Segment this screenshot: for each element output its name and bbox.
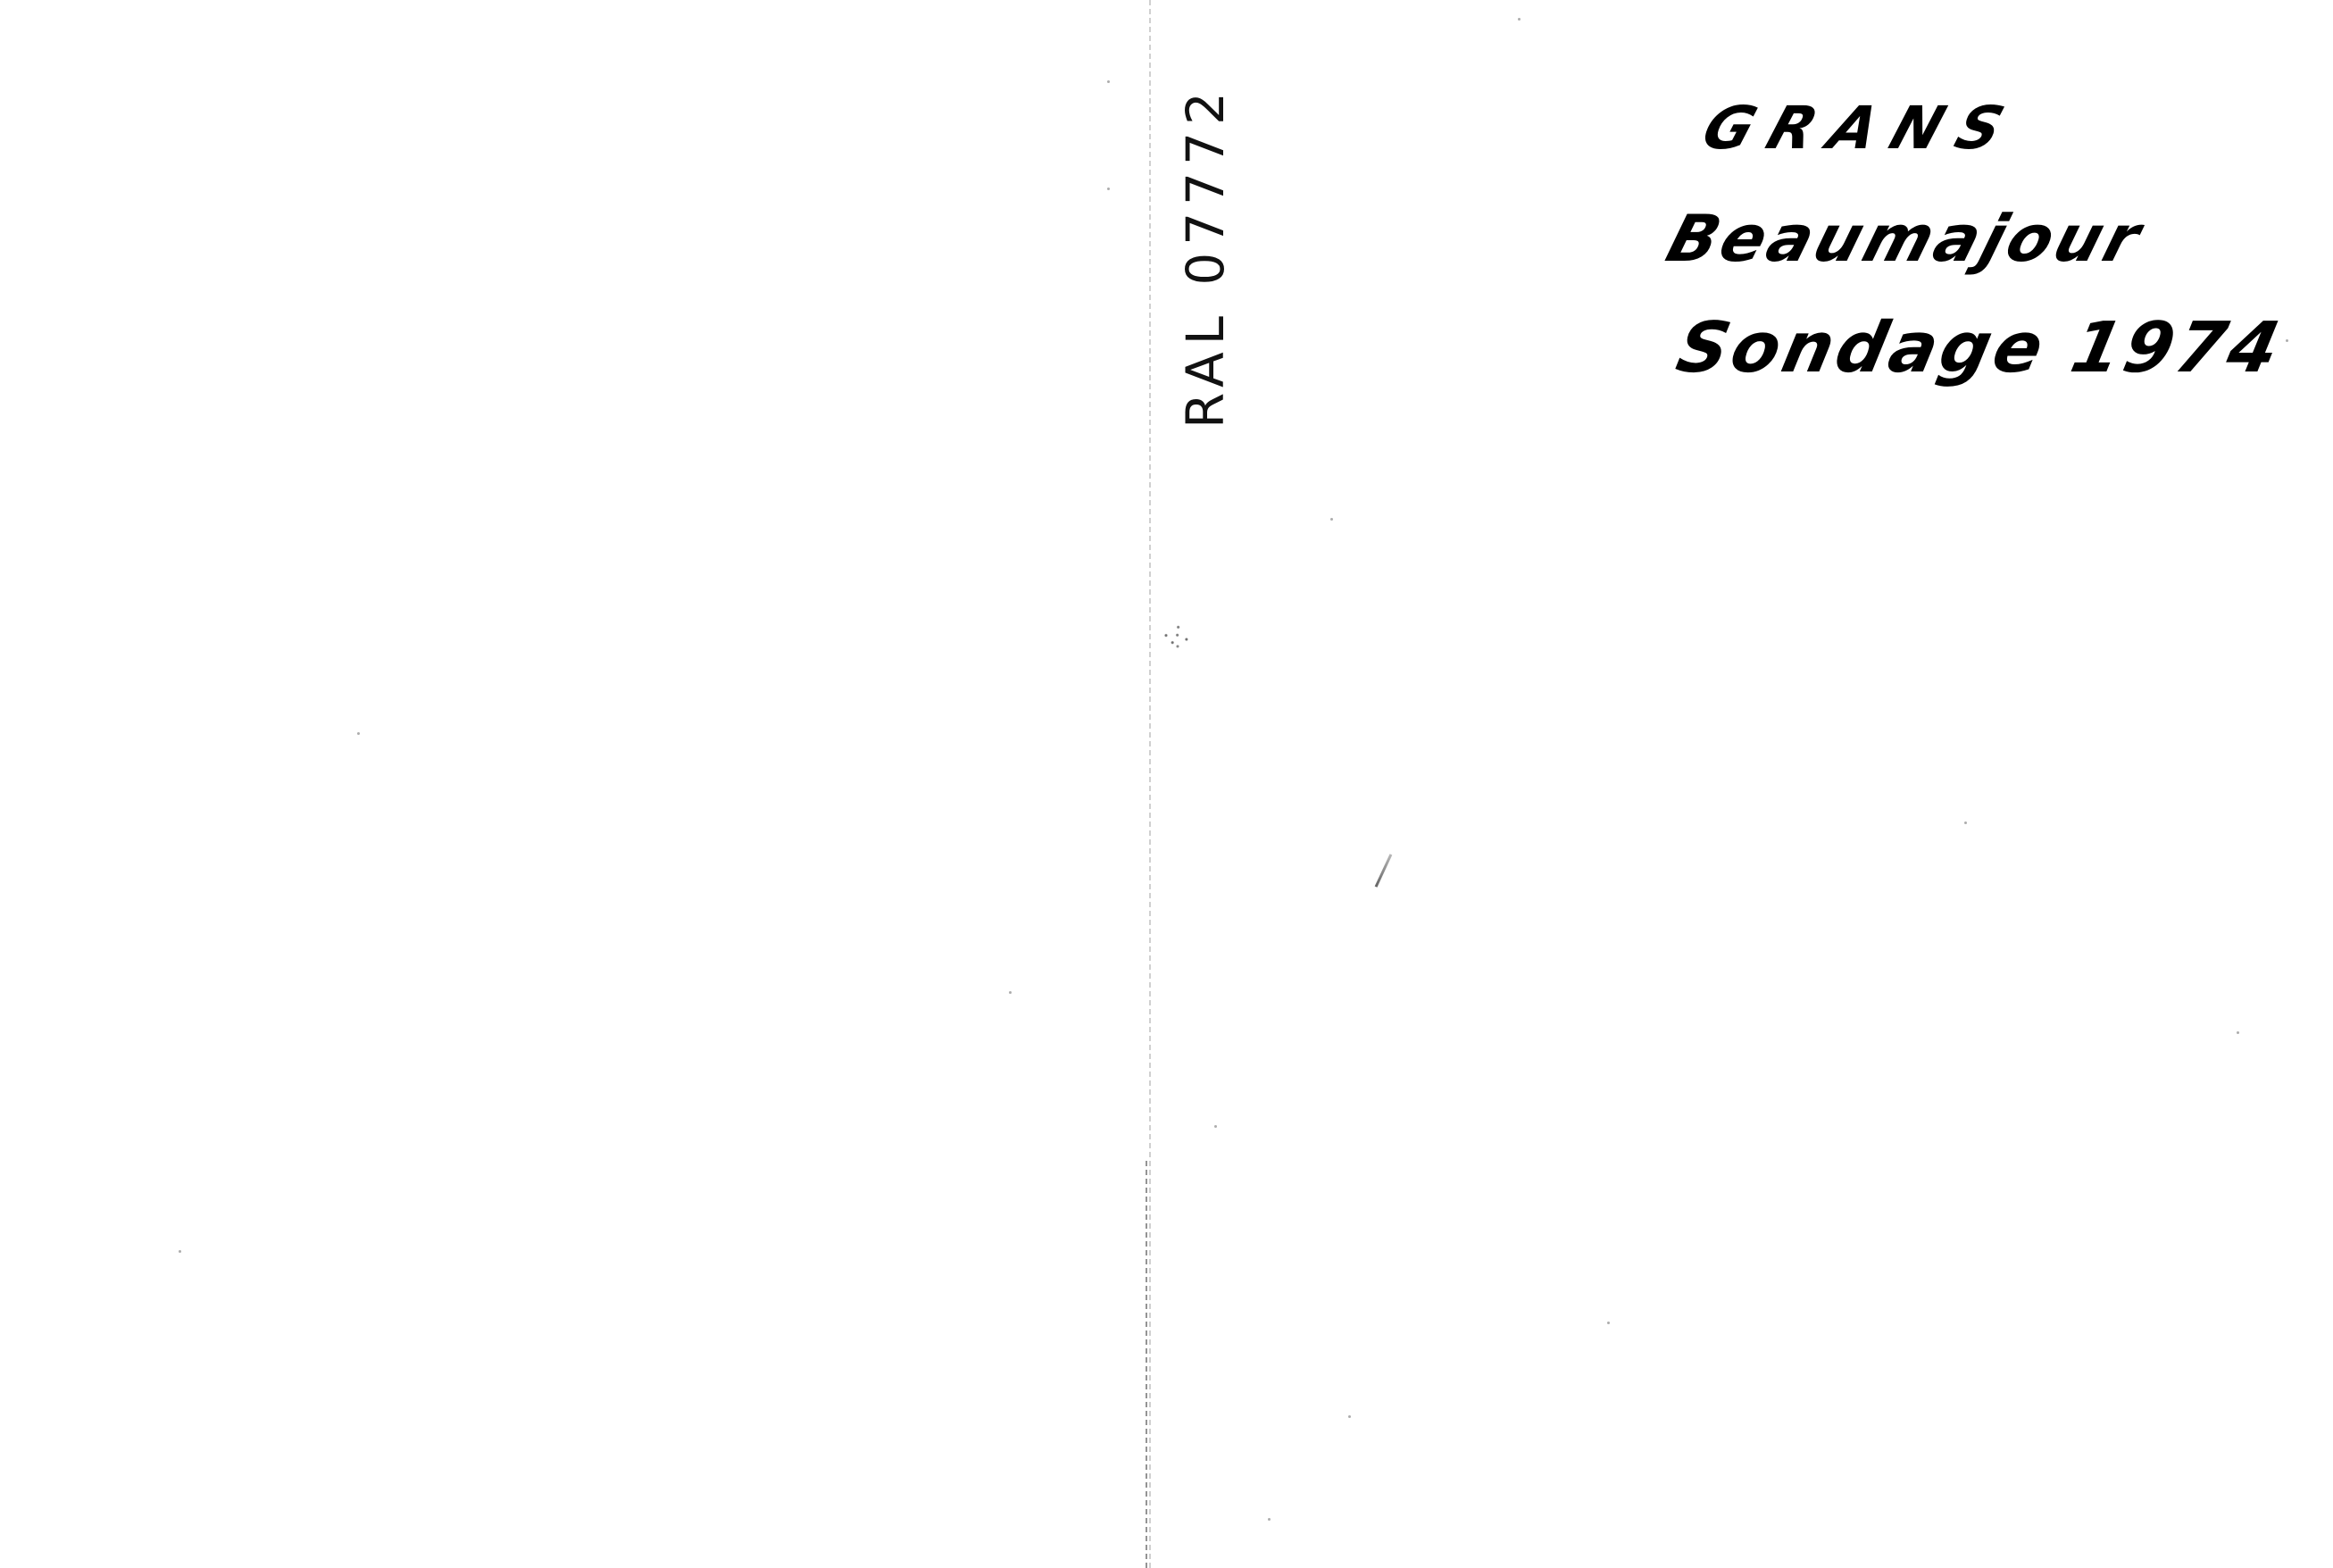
scan-speckle: [1107, 188, 1110, 190]
fold-line: [1149, 0, 1151, 1568]
scan-speckle: [1330, 518, 1333, 521]
handwritten-site-label: GRANS Beaumajour Sondage 1974: [1661, 94, 2304, 415]
catalog-number: RAL 07772: [1170, 143, 1241, 429]
fold-line-lower: [1146, 1161, 1147, 1568]
scan-speckle-cluster: [1155, 615, 1201, 661]
site-name: GRANS: [1694, 94, 2028, 163]
excavation-year: Sondage 1974: [1670, 308, 2289, 388]
scanned-page: GRANS Beaumajour Sondage 1974 RAL 07772: [0, 0, 2333, 1568]
scan-scratch-mark: [1375, 854, 1393, 888]
scan-speckle: [1964, 822, 1967, 824]
scan-speckle: [1009, 991, 1012, 994]
scan-speckle: [179, 1250, 181, 1253]
scan-speckle: [1348, 1415, 1351, 1418]
scan-speckle: [2237, 1031, 2239, 1034]
scan-speckle: [1268, 1518, 1271, 1521]
scan-speckle: [1518, 18, 1521, 21]
scan-speckle: [1107, 80, 1110, 83]
scan-speckle: [1607, 1322, 1610, 1324]
scan-speckle: [1214, 1125, 1217, 1128]
site-locality: Beaumajour: [1659, 201, 2152, 276]
scan-speckle: [357, 732, 360, 735]
